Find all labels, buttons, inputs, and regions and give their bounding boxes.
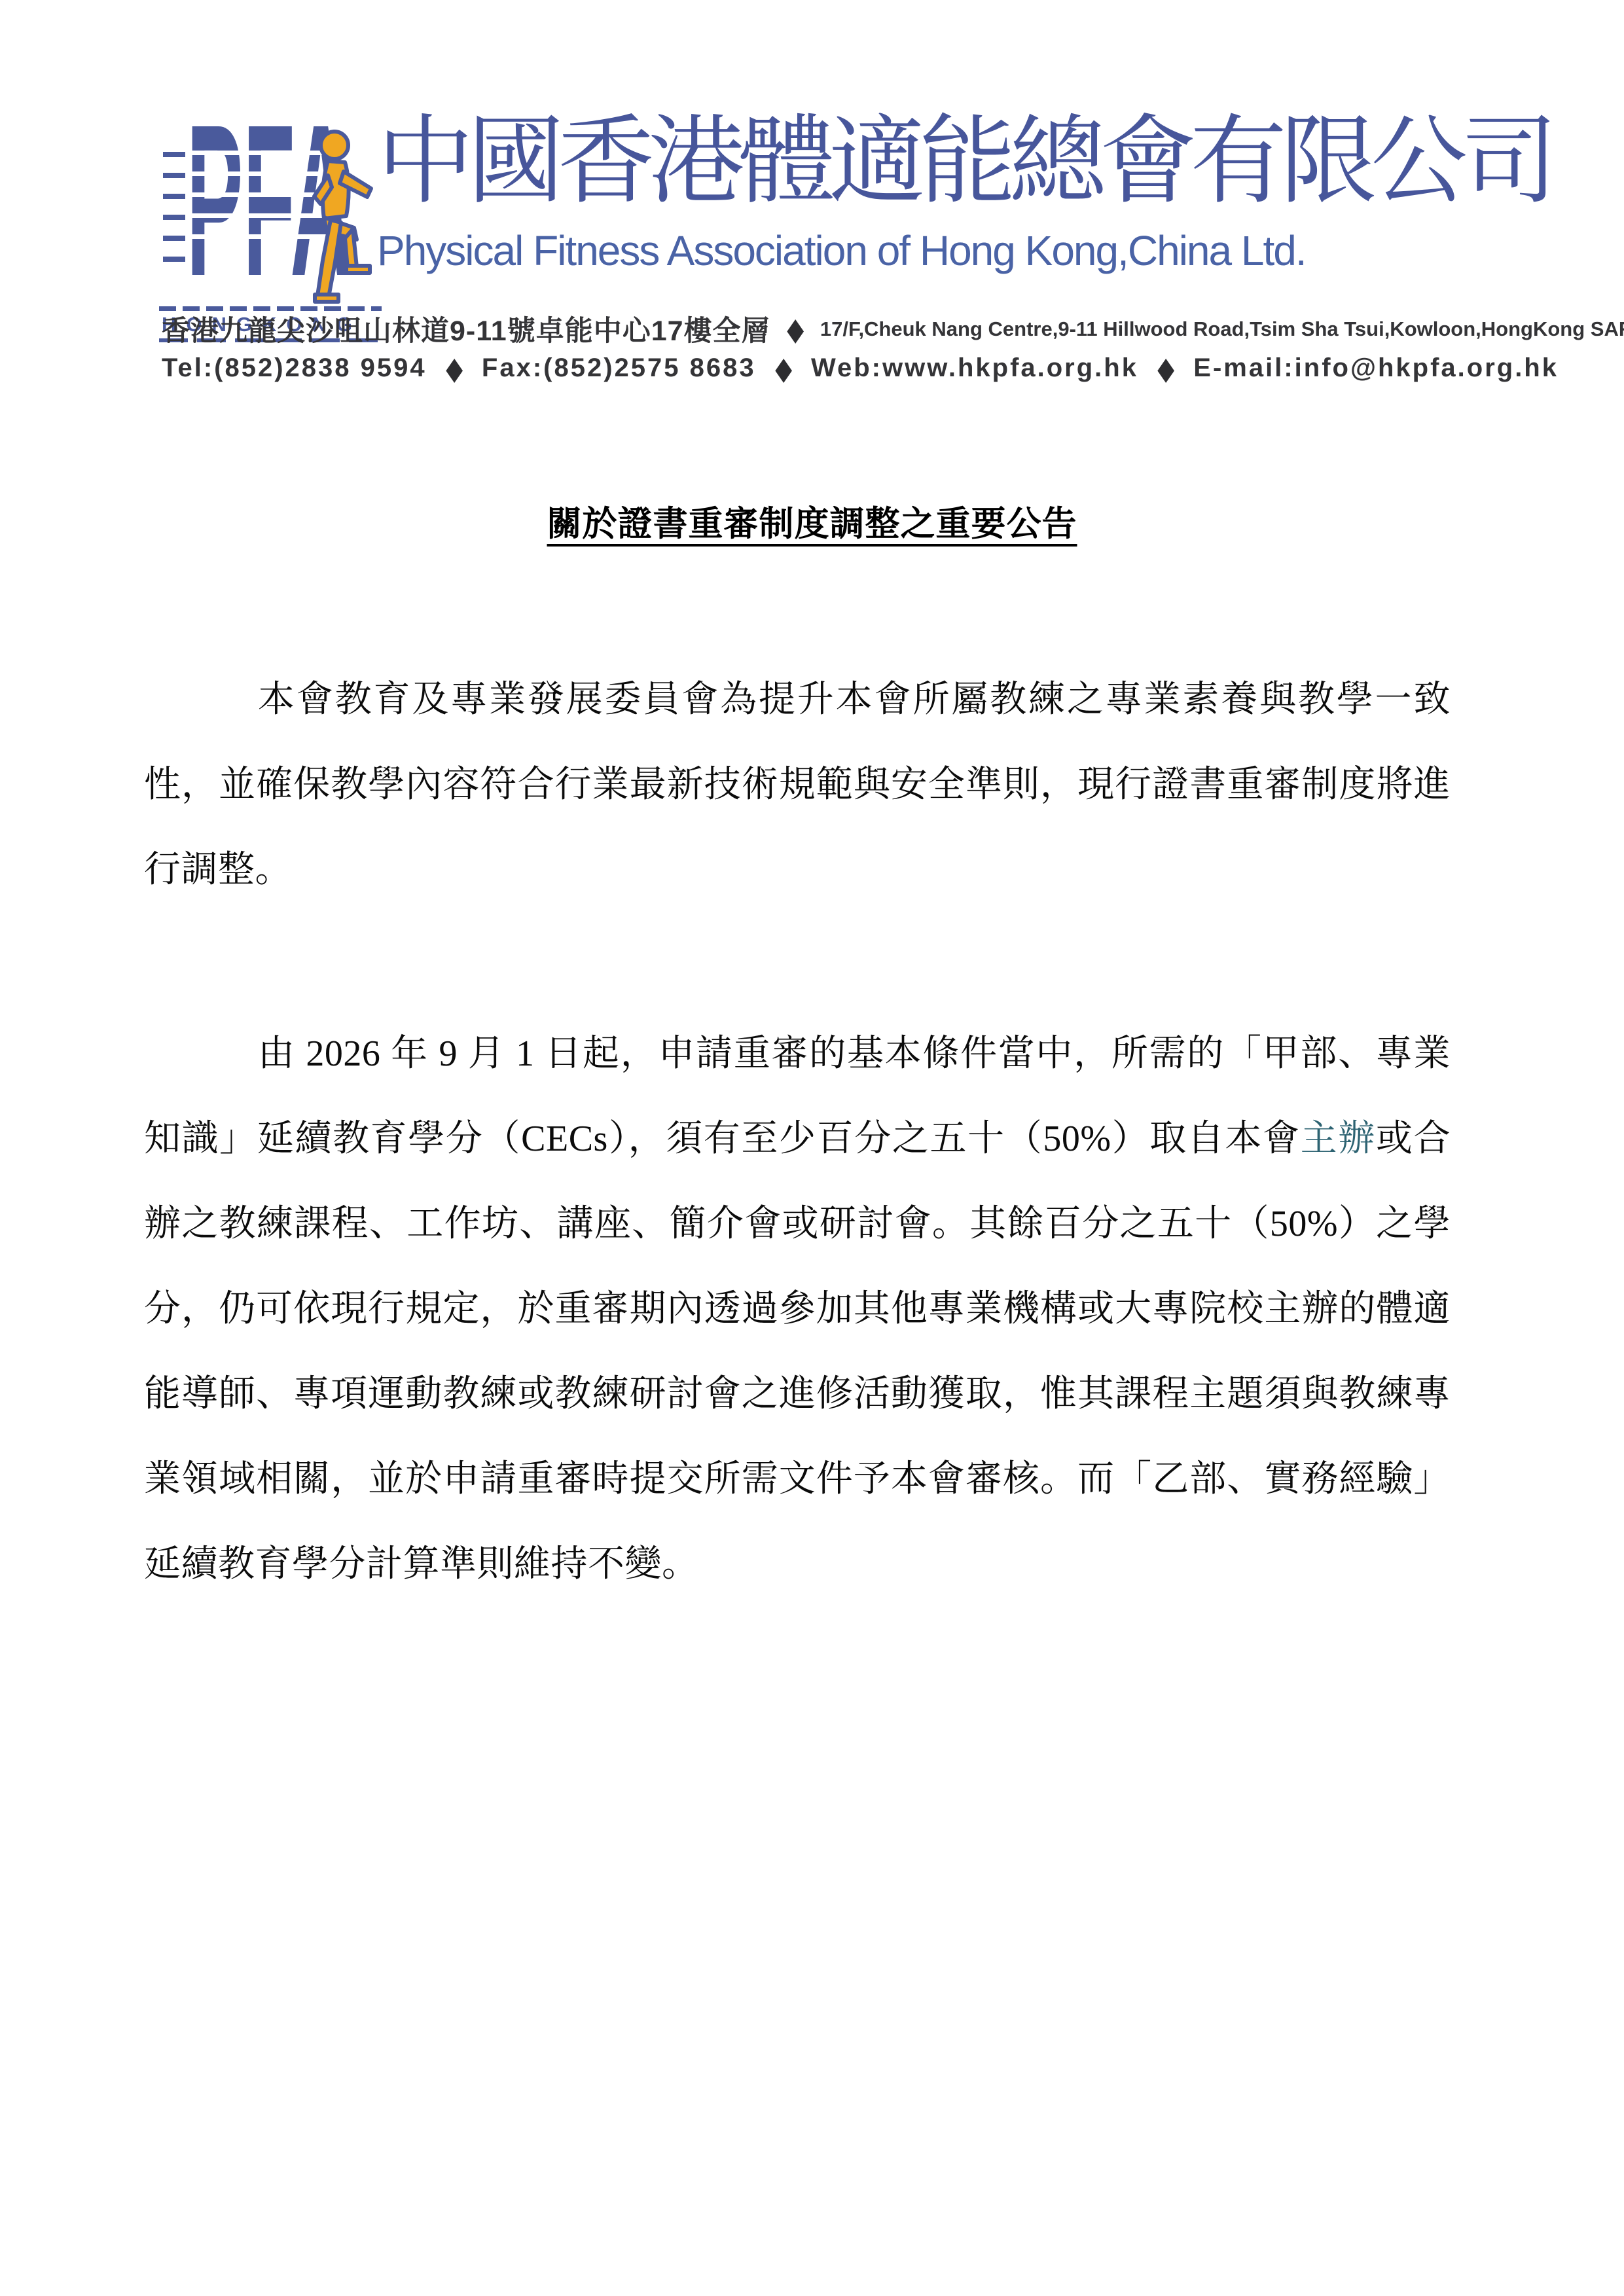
logo-stripe-dashes bbox=[163, 152, 185, 262]
address-line: 香港九龍尖沙咀山林道9-11號卓能中心17樓全層 ◆ 17/F,Cheuk Na… bbox=[162, 309, 1624, 349]
diamond-separator-icon: ◆ bbox=[775, 350, 792, 386]
paragraph-1-text: 本會教育及專業發展委員會為提升本會所屬教練之專業素養與教學一致性，並確保教學內容… bbox=[144, 679, 1451, 890]
org-name-english: Physical Fitness Association of Hong Kon… bbox=[377, 226, 1306, 275]
address-english: 17/F,Cheuk Nang Centre,9-11 Hillwood Roa… bbox=[820, 317, 1624, 341]
diamond-separator-icon: ◆ bbox=[446, 350, 463, 386]
diamond-separator-icon: ◆ bbox=[1157, 350, 1174, 386]
email-address: E-mail:info@hkpfa.org.hk bbox=[1193, 353, 1559, 383]
website-url: Web:www.hkpfa.org.hk bbox=[811, 353, 1138, 383]
paragraph-2-text-before: 由 2026 年 9 月 1 日起，申請重審的基本條件當中，所需的「甲部、專業知… bbox=[144, 1033, 1451, 1159]
paragraph-2-text-after: 或合辦之教練課程、工作坊、講座、簡介會或研討會。其餘百分之五十（50%）之學分，… bbox=[144, 1119, 1451, 1585]
org-name-chinese: 中國香港體適能總會有限公司 bbox=[377, 103, 1551, 220]
body-paragraph-1: 本會教育及專業發展委員會為提升本會所屬教練之專業素養與教學一致性，並確保教學內容… bbox=[144, 657, 1451, 912]
pfa-logo: PFA HONGKONG bbox=[159, 111, 382, 342]
body-paragraph-2: 由 2026 年 9 月 1 日起，申請重審的基本條件當中，所需的「甲部、專業知… bbox=[144, 1011, 1451, 1607]
scanned-letter-page: PFA HONGKONG bbox=[0, 0, 1624, 2296]
fax-number: Fax:(852)2575 8683 bbox=[482, 353, 756, 383]
document-body: 本會教育及專業發展委員會為提升本會所屬教練之專業素養與教學一致性，並確保教學內容… bbox=[144, 657, 1451, 1607]
document-title: 關於證書重審制度調整之重要公告 bbox=[0, 496, 1624, 546]
pfa-logo-graphic: PFA bbox=[159, 111, 382, 305]
contact-line: Tel:(852)2838 9594 ◆ Fax:(852)2575 8683 … bbox=[162, 352, 1559, 384]
diamond-separator-icon: ◆ bbox=[787, 310, 804, 347]
document-title-text: 關於證書重審制度調整之重要公告 bbox=[547, 505, 1077, 543]
highlighted-text: 主辦 bbox=[1301, 1119, 1376, 1159]
address-chinese: 香港九龍尖沙咀山林道9-11號卓能中心17樓全層 bbox=[162, 309, 770, 349]
tel-number: Tel:(852)2838 9594 bbox=[162, 353, 427, 383]
